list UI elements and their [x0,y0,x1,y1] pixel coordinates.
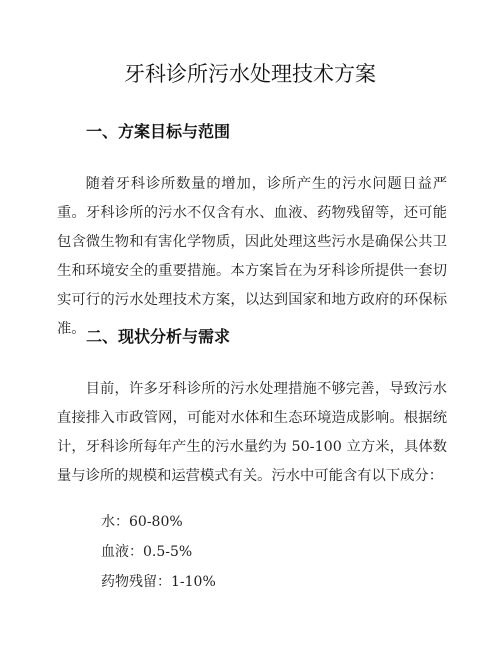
document-page: 牙科诊所污水处理技术方案 一、方案目标与范围 随着牙科诊所数量的增加，诊所产生的… [0,0,500,647]
section-paragraph-2: 目前，许多牙科诊所的污水处理措施不够完善，导致污水直接排入市政管网，可能对水体和… [57,375,447,491]
section-heading-2: 二、现状分析与需求 [86,326,230,348]
section-heading-1: 一、方案目标与范围 [86,121,230,143]
list-item: 药物残留：1-10% [101,571,216,601]
section-paragraph-1: 随着牙科诊所数量的增加，诊所产生的污水问题日益严重。牙科诊所的污水不仅含有水、血… [57,170,447,344]
components-list: 水：60-80% 血液：0.5-5% 药物残留：1-10% [101,511,216,601]
list-item: 水：60-80% [101,511,216,541]
document-title: 牙科诊所污水处理技术方案 [0,60,500,88]
list-item: 血液：0.5-5% [101,541,216,571]
